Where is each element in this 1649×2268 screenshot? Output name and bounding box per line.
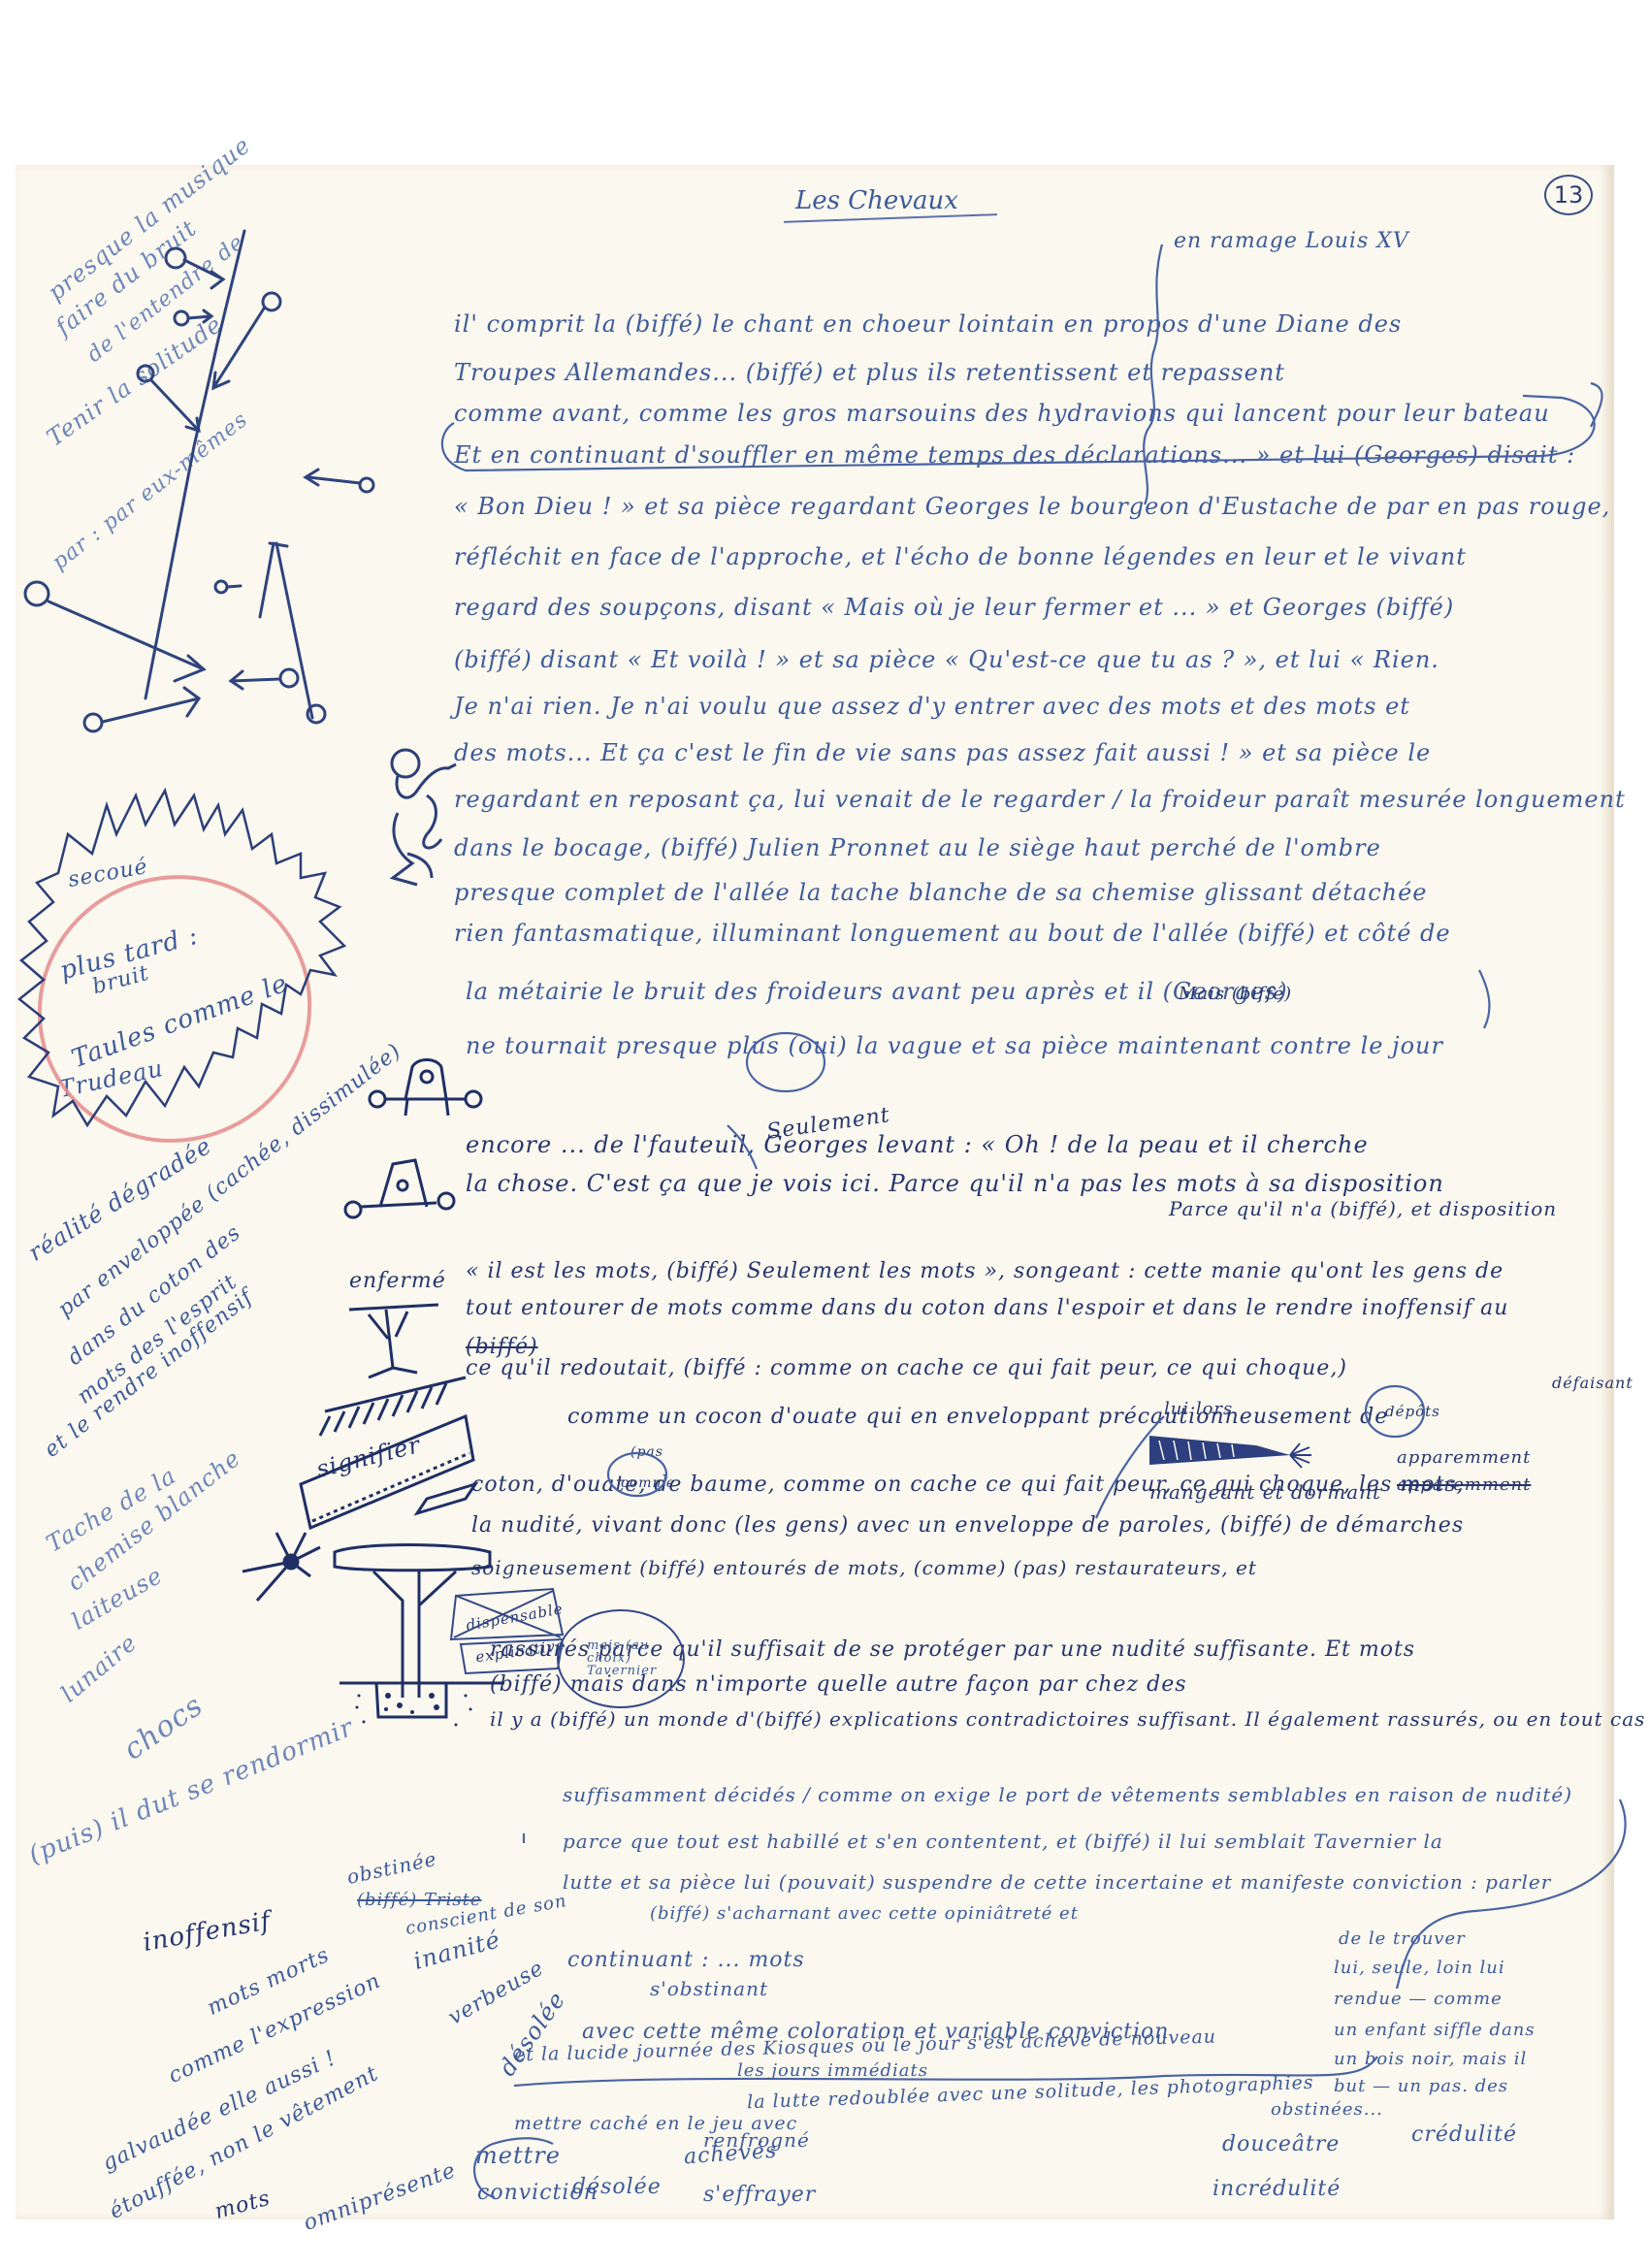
margin-sketches: [0, 0, 1649, 2268]
